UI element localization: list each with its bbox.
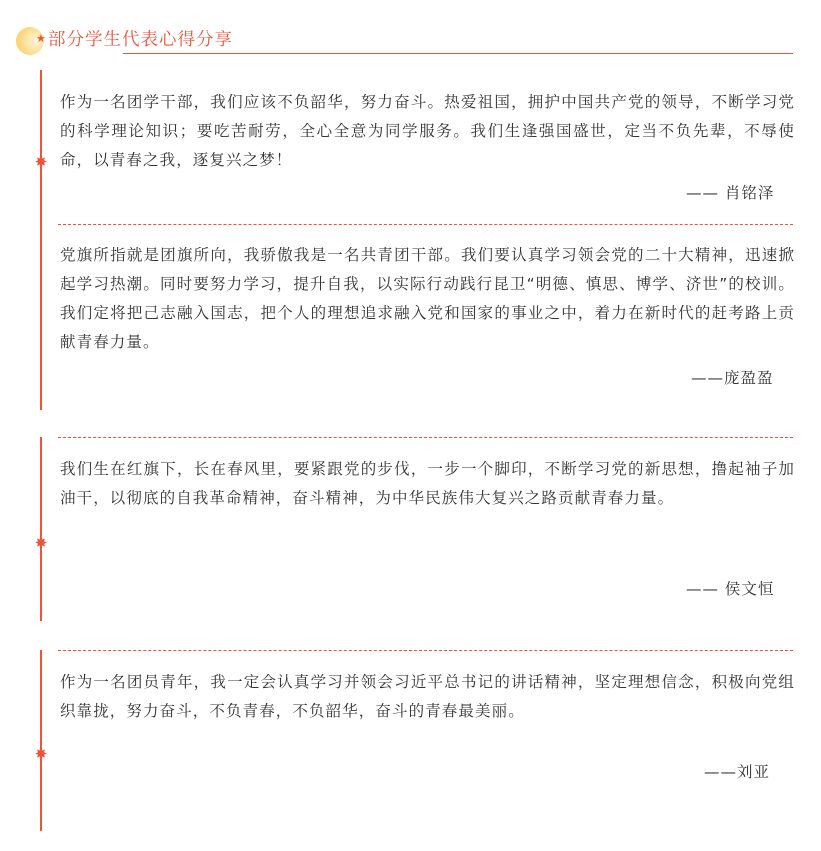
entry-author: —— 肖铭泽 (686, 181, 774, 205)
title-underline (123, 53, 793, 54)
timeline-line (40, 650, 42, 831)
entry-text: 作为一名团学干部，我们应该不负韶华，努力奋斗。热爱祖国，拥护中国共产党的领导，不… (60, 88, 795, 175)
entry-author: ——刘亚 (704, 760, 770, 784)
star-icon: ★ (36, 33, 46, 45)
star-icon: ✸ (33, 746, 49, 762)
star-icon: ✸ (33, 535, 49, 551)
dashed-divider (58, 224, 793, 225)
timeline-line (40, 70, 42, 410)
entry-text: 我们生在红旗下，长在春风里，要紧跟党的步伐，一步一个脚印，不断学习党的新思想，撸… (60, 455, 795, 513)
dashed-divider (58, 437, 793, 438)
section-header: ★ 部分学生代表心得分享 (0, 0, 821, 60)
entry-text: 作为一名团员青年，我一定会认真学习并领会习近平总书记的讲话精神，坚定理想信念，积… (60, 668, 795, 726)
dashed-divider (58, 650, 793, 651)
page-title: 部分学生代表心得分享 (48, 28, 233, 52)
entry-author: —— 侯文恒 (686, 577, 774, 601)
star-icon: ✸ (33, 154, 49, 170)
entry-author: ——庞盈盈 (691, 366, 774, 390)
entry-text: 党旗所指就是团旗所向，我骄傲我是一名共青团干部。我们要认真学习领会党的二十大精神… (60, 241, 795, 357)
timeline-line (40, 437, 42, 621)
